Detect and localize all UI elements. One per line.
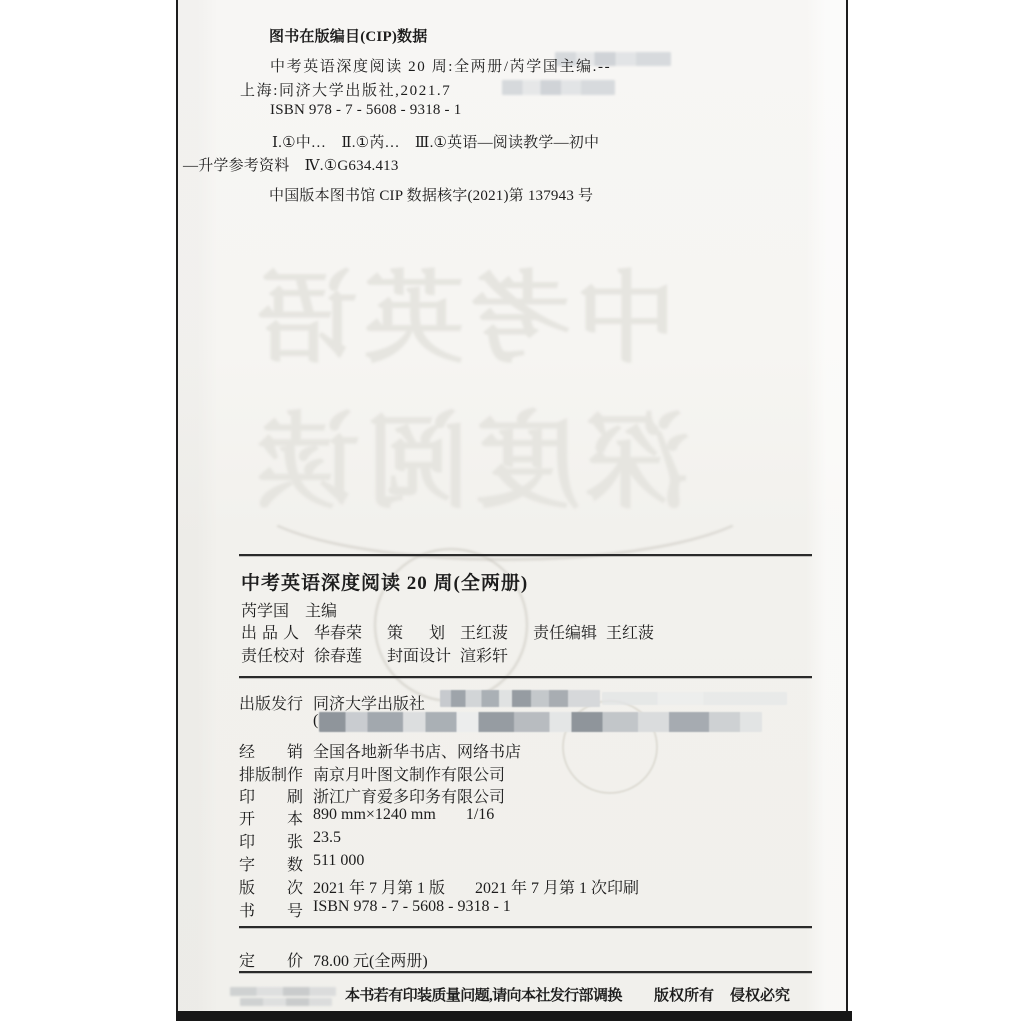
bleedthrough-strip-bottom-2 — [240, 998, 332, 1006]
colophon-row-distribution: 经销 全国各地新华书店、网络书店 — [239, 739, 521, 762]
bleedthrough-cover-title-2: 深度阅读 — [250, 378, 690, 528]
redacted-blur — [319, 712, 762, 732]
colophon-row-format: 开本 890 mm×1240 mm 1/16 — [239, 806, 494, 829]
colophon-row-printing: 印刷 浙江广育爱多印务有限公司 — [239, 784, 505, 807]
price-row: 定价 78.00 元(全两册) — [239, 948, 428, 971]
colophon-row-address: ( — [239, 712, 318, 730]
colophon-row-typesetting: 排版制作 南京月叶图文制作有限公司 — [239, 762, 505, 785]
credit-pair: 责任编辑 王红菠 — [533, 620, 654, 643]
colophon-row-wordcount: 字数 511 000 — [239, 852, 364, 875]
credit-name: 渲彩轩 — [460, 643, 508, 666]
redacted-blur — [440, 690, 600, 707]
book-copyright-page: 中考英语 深度阅读 图书在版编目(CIP)数据 中考英语深度阅读 20 周:全两… — [176, 0, 848, 1021]
colophon-label: 印张 — [239, 829, 303, 852]
colophon-value: 全国各地新华书店、网络书店 — [313, 739, 521, 762]
cip-heading: 图书在版编目(CIP)数据 — [269, 25, 427, 46]
credit-pair: 责任校对 徐春莲 — [241, 643, 362, 666]
credit-name: 徐春莲 — [314, 643, 362, 666]
page-bottom-edge — [176, 1011, 852, 1021]
bleedthrough-cover-title-1: 中考英语 — [252, 238, 676, 382]
price-label: 定价 — [239, 948, 303, 971]
editor-line: 芮学国 主编 — [241, 598, 337, 621]
infringement-warning: 侵权必究 — [730, 984, 790, 1005]
price-value: 78.00 元(全两册) — [313, 948, 428, 971]
colophon-value: ISBN 978 - 7 - 5608 - 9318 - 1 — [313, 898, 511, 921]
cip-class-line2: —升学参考资料 Ⅳ.①G634.413 — [183, 154, 399, 175]
rights-reserved: 版权所有 — [654, 984, 714, 1005]
colophon-value: 511 000 — [313, 852, 364, 875]
colophon-value: ( — [313, 712, 318, 730]
quality-notice: 本书若有印装质量问题,请向本社发行部调换 — [345, 984, 622, 1005]
divider-rule-2 — [239, 676, 812, 678]
colophon-label: 印刷 — [239, 784, 303, 807]
credits-row-1: 出品人 华春荣 策划 王红菠 责任编辑 王红菠 — [241, 620, 654, 643]
cip-class-line1: Ⅰ.①中… Ⅱ.①芮… Ⅲ.①英语—阅读教学—初中 — [272, 131, 599, 152]
credit-name: 王红菠 — [606, 620, 654, 643]
divider-rule-1 — [239, 554, 812, 556]
colophon-label: 开本 — [239, 806, 303, 829]
colophon-row-sheets: 印张 23.5 — [239, 829, 341, 852]
cip-entry-line1: 中考英语深度阅读 20 周:全两册/芮学国主编.-- — [270, 55, 611, 76]
credits-row-2: 责任校对 徐春莲 封面设计 渲彩轩 — [241, 643, 508, 666]
colophon-label: 书号 — [239, 898, 303, 921]
colophon-value-2: 1/16 — [466, 806, 494, 829]
book-title: 中考英语深度阅读 20 周(全两册) — [241, 568, 528, 595]
divider-rule-3 — [239, 926, 812, 928]
colophon-value: 23.5 — [313, 829, 341, 852]
credit-name: 王红菠 — [460, 620, 508, 643]
editor-name: 芮学国 — [241, 598, 289, 621]
bleedthrough-arc — [242, 425, 768, 561]
credit-role: 策划 — [387, 620, 445, 643]
colophon-label: 字数 — [239, 852, 303, 875]
colophon-row-isbn: 书号 ISBN 978 - 7 - 5608 - 9318 - 1 — [239, 898, 511, 921]
credit-pair: 封面设计 渲彩轩 — [387, 643, 508, 666]
credit-role: 责任编辑 — [533, 620, 591, 643]
bleedthrough-strip-bottom-1 — [230, 987, 336, 996]
editor-role: 主编 — [305, 598, 337, 621]
colophon-label: 版次 — [239, 875, 303, 898]
colophon-label: 出版发行 — [239, 691, 303, 714]
cip-entry-line2: 上海:同济大学出版社,2021.7 — [240, 79, 451, 100]
colophon-label — [239, 712, 303, 730]
bleedthrough-strip-top-2 — [502, 80, 615, 95]
credit-role: 封面设计 — [387, 643, 445, 666]
redacted-blur-faint — [602, 692, 787, 705]
credit-pair: 策划 王红菠 — [387, 620, 508, 643]
cip-registry-line: 中国版本图书馆 CIP 数据核字(2021)第 137943 号 — [269, 184, 593, 205]
colophon-row-edition: 版次 2021 年 7 月第 1 版 2021 年 7 月第 1 次印刷 — [239, 875, 639, 898]
colophon-value: 南京月叶图文制作有限公司 — [313, 762, 505, 785]
colophon-value: 同济大学出版社 — [313, 691, 425, 714]
colophon-row-publisher: 出版发行 同济大学出版社 — [239, 691, 425, 714]
colophon-value-2: 2021 年 7 月第 1 次印刷 — [475, 875, 639, 898]
colophon-value: 2021 年 7 月第 1 版 — [313, 875, 445, 898]
colophon-label: 经销 — [239, 739, 303, 762]
credit-name: 华春荣 — [314, 620, 362, 643]
credit-role: 出品人 — [241, 620, 299, 643]
cip-isbn-line: ISBN 978 - 7 - 5608 - 9318 - 1 — [270, 102, 461, 119]
divider-rule-4 — [239, 971, 812, 973]
credit-pair: 出品人 华春荣 — [241, 620, 362, 643]
colophon-label: 排版制作 — [239, 762, 303, 785]
colophon-value: 浙江广育爱多印务有限公司 — [313, 784, 505, 807]
colophon-value: 890 mm×1240 mm — [313, 806, 436, 829]
credit-role: 责任校对 — [241, 643, 299, 666]
